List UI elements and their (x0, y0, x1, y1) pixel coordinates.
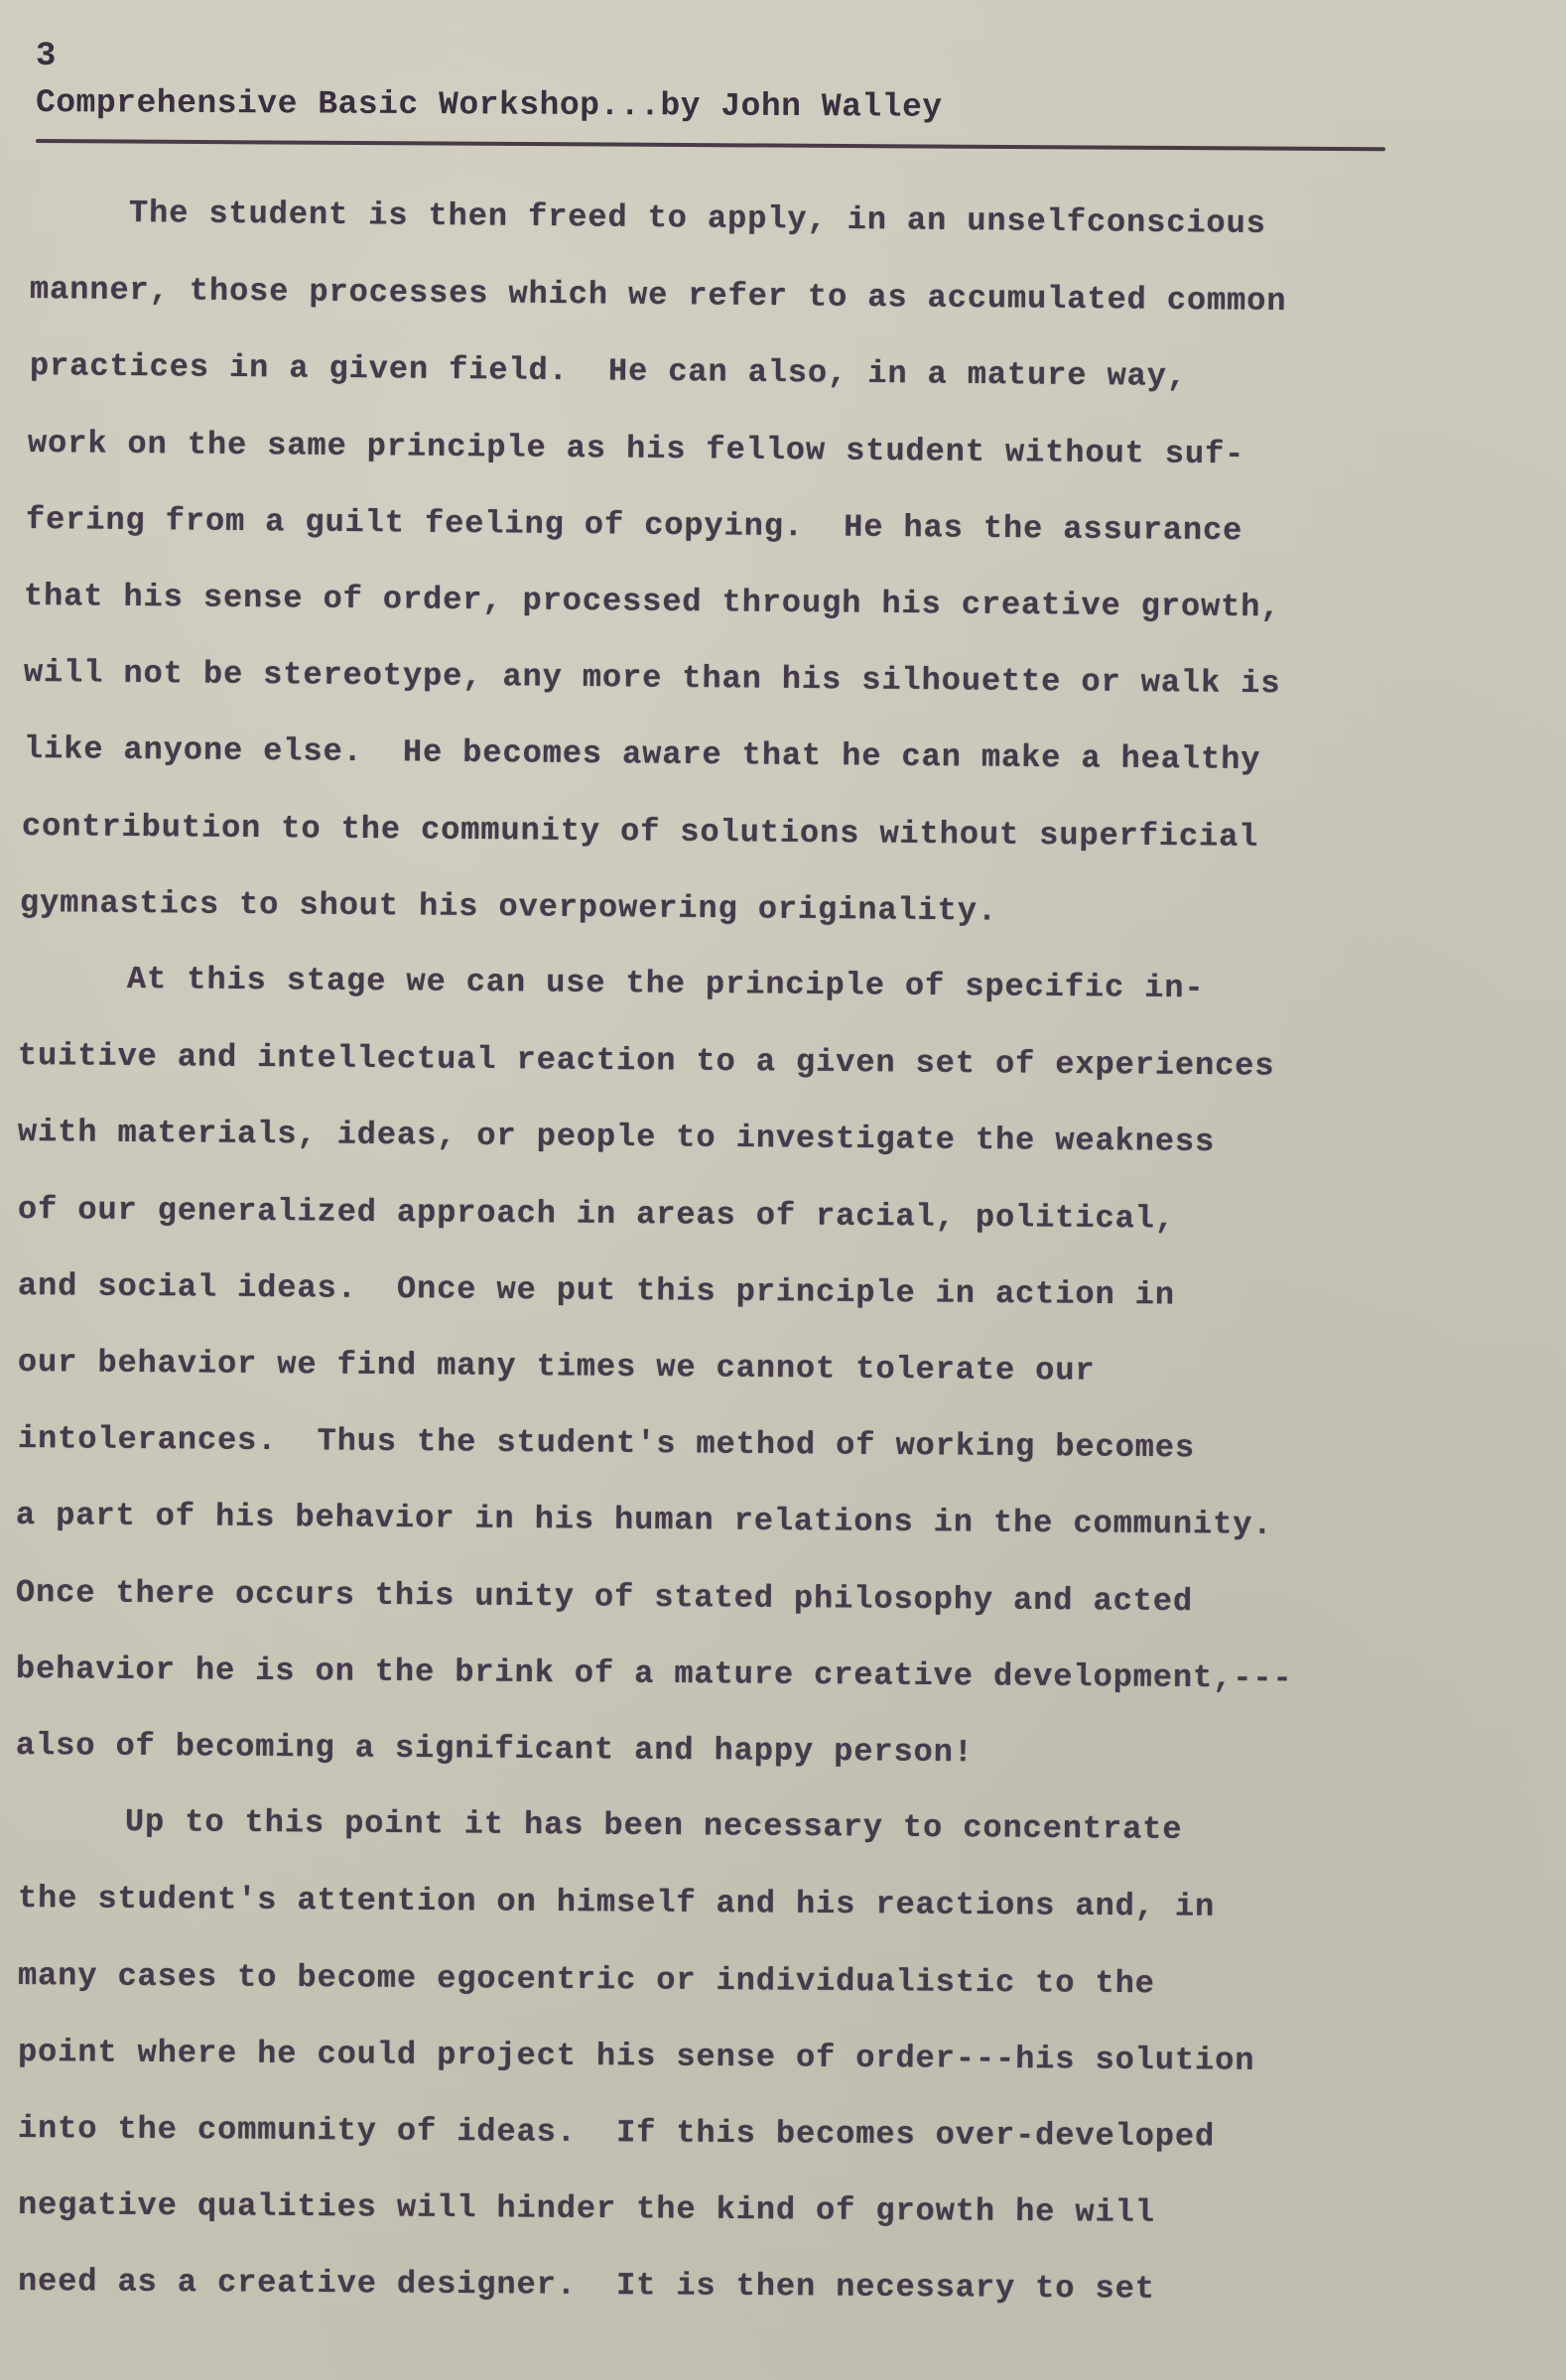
body-line: Up to this point it has been necessary t… (125, 1803, 1183, 1848)
body-line: with materials, ideas, or people to inve… (18, 1114, 1215, 1160)
body-line: The student is then freed to apply, in a… (129, 195, 1266, 242)
body-line: also of becoming a significant and happy… (16, 1727, 974, 1771)
body-line: manner, those processes which we refer t… (30, 271, 1287, 320)
body-line: intolerances. Thus the student's method … (18, 1420, 1195, 1466)
body-line: practices in a given field. He can also,… (30, 347, 1187, 395)
body-line: work on the same principle as his fellow… (28, 425, 1245, 472)
body-line: Once there occurs this unity of stated p… (16, 1574, 1193, 1620)
body-line: like anyone else. He becomes aware that … (24, 730, 1261, 778)
body-line: gymnastics to shout his overpowering ori… (20, 884, 997, 930)
page-number: 3 (36, 38, 56, 75)
body-line: the student's attention on himself and h… (18, 1880, 1215, 1925)
body-line: fering from a guilt feeling of copying. … (26, 501, 1243, 549)
body-line: many cases to become egocentric or indiv… (18, 1957, 1155, 2002)
body-line: At this stage we can use the principle o… (127, 961, 1205, 1006)
body-line: point where he could project his sense o… (18, 2034, 1255, 2079)
body-line: tuitive and intellectual reaction to a g… (18, 1037, 1275, 1085)
body-line: into the community of ideas. If this bec… (18, 2110, 1215, 2155)
body-line: of our generalized approach in areas of … (18, 1191, 1175, 1238)
body-line: negative qualities will hinder the kind … (18, 2186, 1155, 2231)
document-header-title: Comprehensive Basic Workshop...by John W… (36, 84, 943, 126)
body-line: and social ideas. Once we put this princ… (18, 1267, 1175, 1313)
body-line: a part of his behavior in his human rela… (16, 1497, 1273, 1543)
body-line: our behavior we find many times we canno… (18, 1344, 1096, 1389)
header-underline (36, 139, 1385, 151)
body-line: behavior he is on the brink of a mature … (16, 1651, 1293, 1697)
body-line: that his sense of order, processed throu… (24, 578, 1281, 625)
typewritten-page: 3 Comprehensive Basic Workshop...by John… (0, 0, 1566, 2380)
body-line: will not be stereotype, any more than hi… (24, 654, 1281, 702)
body-line: need as a creative designer. It is then … (18, 2263, 1155, 2308)
body-line: contribution to the community of solutio… (22, 808, 1259, 856)
